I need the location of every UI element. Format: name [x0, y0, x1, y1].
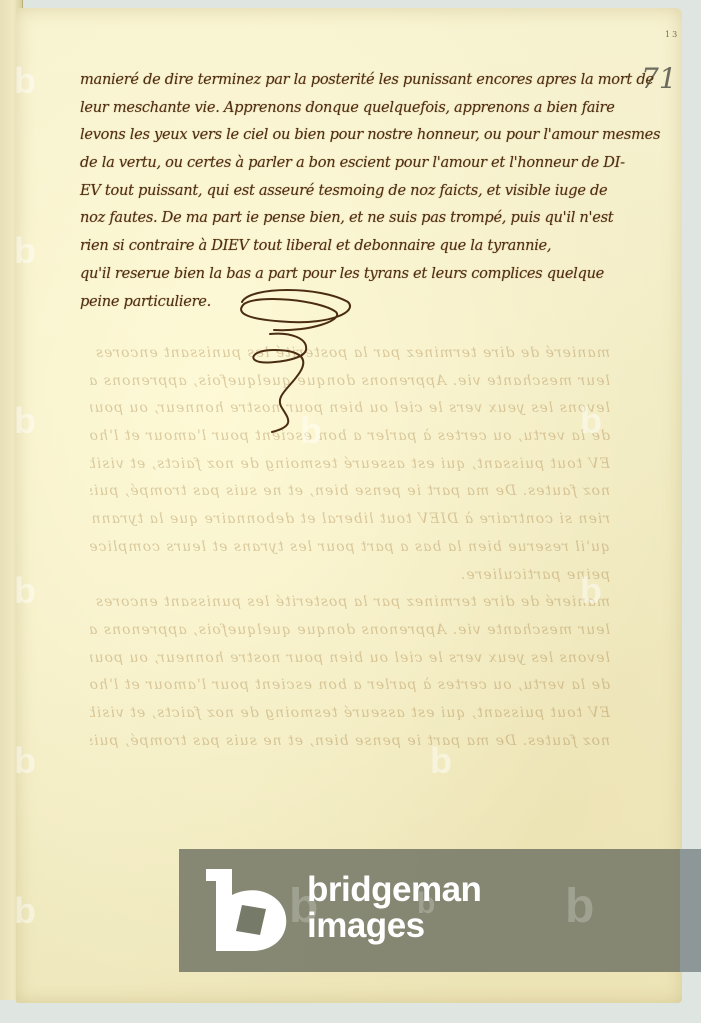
bleed-through-line: levons les yeux vers le ciel ou bien pou…: [90, 645, 610, 673]
banner-background-edge: [680, 849, 701, 972]
watermark-b-icon: b: [14, 60, 36, 102]
watermark-b-icon: b: [430, 740, 452, 782]
text-line: peine particuliere.: [80, 288, 640, 316]
bleed-through-line: noz fautes. De ma part ie pense bien, et…: [90, 728, 610, 756]
bridgeman-watermark-banner: bridgeman images b b b: [179, 849, 701, 972]
watermark-b-icon: b: [14, 570, 36, 612]
watermark-b-icon: b: [417, 887, 435, 921]
bleed-through-line: noz fautes. De ma part ie pense bien, et…: [90, 478, 610, 506]
text-line: de la vertu, ou certes à parler a bon es…: [80, 149, 640, 177]
watermark-b-icon: b: [14, 230, 36, 272]
text-line: rien si contraire à DIEV tout liberal et…: [80, 232, 640, 260]
folio-mark: 13: [665, 30, 679, 39]
bleed-through-line: qu'il reserue bien la bas a part pour le…: [90, 534, 610, 562]
bleed-through-line: rien si contraire à DIEV tout liberal et…: [90, 506, 610, 534]
text-line: manieré de dire terminez par la posterit…: [80, 66, 640, 94]
bleed-through-line: de la vertu, ou certes à parler a bon es…: [90, 672, 610, 700]
watermark-b-icon: b: [14, 890, 36, 932]
watermark-b-icon: b: [580, 570, 602, 612]
handwritten-text-block: manieré de dire terminez par la posterit…: [80, 66, 640, 315]
watermark-b-icon: b: [565, 879, 594, 934]
text-line: levons les yeux vers le ciel ou bien pou…: [80, 121, 640, 149]
bridgeman-logo-icon: [206, 869, 288, 951]
bleed-through-line: peine particuliere.: [90, 562, 610, 590]
watermark-b-icon: b: [289, 879, 318, 934]
bleed-through-line: EV tout puissant, qui est asseuré tesmoi…: [90, 451, 610, 479]
bleed-through-line: EV tout puissant, qui est asseuré tesmoi…: [90, 700, 610, 728]
calligraphic-flourish-icon: [230, 280, 360, 440]
bleed-through-line: manieré de dire terminez par la posterit…: [90, 589, 610, 617]
watermark-b-icon: b: [300, 410, 322, 452]
brand-line-1: bridgeman: [307, 873, 481, 909]
watermark-b-icon: b: [14, 740, 36, 782]
text-line: EV tout puissant, qui est asseuré tesmoi…: [80, 177, 640, 205]
watermark-b-icon: b: [580, 400, 602, 442]
text-line: noz fautes. De ma part ie pense bien, et…: [80, 204, 640, 232]
brand-line-2: images: [307, 909, 481, 945]
bleed-through-line: leur meschante vie. Apprenons donque que…: [90, 617, 610, 645]
brand-wordmark: bridgeman images: [307, 873, 481, 945]
watermark-b-icon: b: [14, 400, 36, 442]
text-line: qu'il reserue bien la bas a part pour le…: [80, 260, 640, 288]
text-line: leur meschante vie. Apprenons donque que…: [80, 94, 640, 122]
